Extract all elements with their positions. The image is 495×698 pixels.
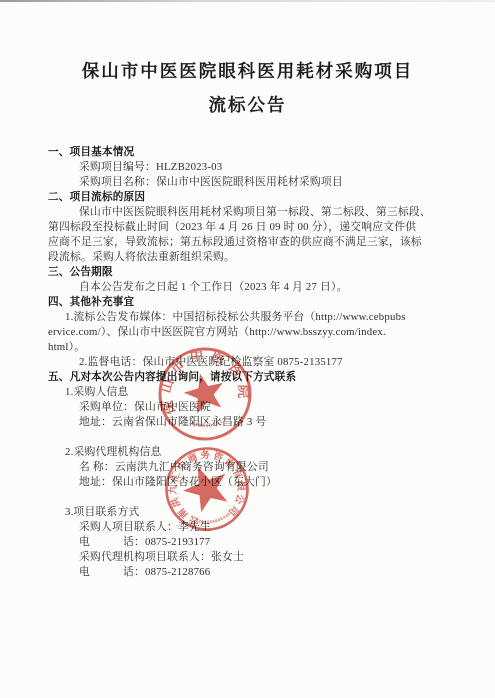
doc-line: 段流标。采购人将依法重新组织采购。 bbox=[48, 250, 458, 265]
seal-code-text: 1390108917 bbox=[190, 416, 228, 431]
doc-line: 自本公告发布之日起 1 个工作日（2023 年 4 月 27 日）。 bbox=[48, 280, 458, 295]
title-line-2: 流标公告 bbox=[0, 92, 495, 118]
section-heading-1: 一、项目基本情况 bbox=[48, 145, 458, 160]
doc-line: 1.流标公告发布媒体：中国招标投标公共服务平台（http://www.cebpu… bbox=[48, 310, 458, 325]
section-heading-2: 二、项目流标的原因 bbox=[48, 190, 458, 205]
agency-official-seal: 云南洪九汇中商务咨询有限公司 5305006606440 bbox=[152, 434, 262, 544]
doc-line: 采购代理机构项目联系人：张女士 bbox=[48, 550, 458, 565]
doc-line: 保山市中医医院眼科医用耗材采购项目第一标段、第二标段、第三标段、 bbox=[48, 205, 458, 220]
svg-text:1390108917: 1390108917 bbox=[190, 416, 228, 431]
doc-line: 采购项目名称：保山市中医医院眼科医用耗材采购项目 bbox=[48, 175, 458, 190]
section-heading-3: 三、公告期限 bbox=[48, 265, 458, 280]
seal-star-icon bbox=[180, 369, 228, 416]
section-heading-4: 四、其他补充事宜 bbox=[48, 295, 458, 310]
doc-line: 采购项目编号：HLZB2023-03 bbox=[48, 160, 458, 175]
scan-artifact-top-edge bbox=[0, 0, 495, 2]
doc-line: 第四标段至投标截止时间（2023 年 4 月 26 日 09 时 00 分），递… bbox=[48, 220, 458, 235]
doc-line: 应商不足三家，导致流标；第五标段通过资格审查的供应商不满足三家，该标 bbox=[48, 235, 458, 250]
document-page: 保山市中医医院眼科医用耗材采购项目 流标公告 一、项目基本情况 采购项目编号：H… bbox=[0, 0, 495, 698]
document-title: 保山市中医医院眼科医用耗材采购项目 流标公告 bbox=[0, 58, 495, 118]
doc-line: 电 话：0875-2128766 bbox=[48, 565, 458, 580]
title-line-1: 保山市中医医院眼科医用耗材采购项目 bbox=[0, 58, 495, 84]
